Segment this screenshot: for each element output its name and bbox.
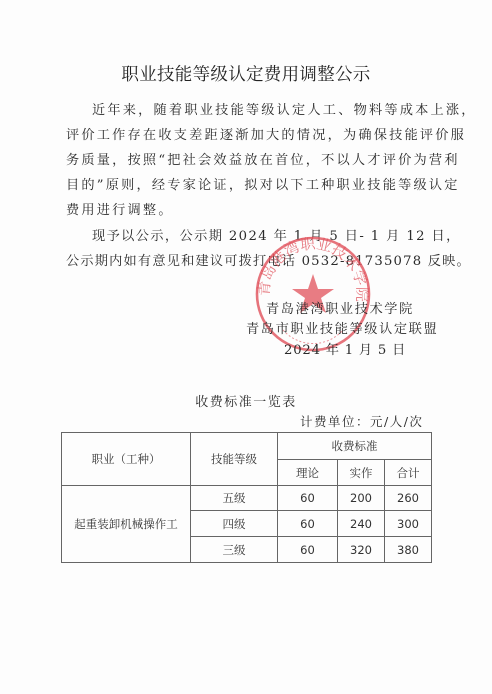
signature-date: 2024 年 1 月 5 日 <box>284 339 406 358</box>
paragraph-1-line-4: 目的”原则，经专家论证，拟对以下工种职业技能等级认定 <box>66 176 460 197</box>
table-row: 起重装卸机械操作工 五级 60 200 260 <box>62 486 432 511</box>
theory-cell: 60 <box>278 486 338 511</box>
header-occupation: 职业（工种） <box>62 433 191 486</box>
header-fee-standard: 收费标准 <box>278 433 432 460</box>
header-total: 合计 <box>385 460 432 486</box>
total-cell: 260 <box>385 486 432 511</box>
level-cell: 四级 <box>191 511 278 537</box>
paragraph-1-line-2: 评价工作存在收支差距逐渐加大的情况，为确保技能评价服 <box>66 126 466 147</box>
header-level: 技能等级 <box>191 433 278 486</box>
paragraph-1-line-5: 费用进行调整。 <box>66 201 174 222</box>
level-cell: 三级 <box>191 537 278 563</box>
total-cell: 300 <box>385 511 432 537</box>
paragraph-1-line-1: 近年来，随着职业技能等级认定人工、物料等成本上涨， <box>92 101 477 122</box>
document-title: 职业技能等级认定费用调整公示 <box>0 61 492 86</box>
signature-org-1: 青岛港湾职业技术学院 <box>266 298 414 317</box>
header-practice: 实作 <box>338 460 385 486</box>
fee-table-title: 收费标准一览表 <box>0 391 492 410</box>
paragraph-1-line-3: 务质量，按照“把社会效益放在首位，不以人才评价为营利 <box>66 151 460 172</box>
fee-unit: 计费单位：元/人/次 <box>300 412 423 430</box>
practice-cell: 320 <box>338 537 385 563</box>
total-cell: 380 <box>385 537 432 563</box>
header-theory: 理论 <box>278 460 338 486</box>
theory-cell: 60 <box>278 537 338 563</box>
level-cell: 五级 <box>191 486 278 511</box>
fee-table: 职业（工种） 技能等级 收费标准 理论 实作 合计 起重装卸机械操作工 五级 6… <box>61 432 432 563</box>
theory-cell: 60 <box>278 511 338 537</box>
occupation-cell: 起重装卸机械操作工 <box>62 486 191 563</box>
practice-cell: 240 <box>338 511 385 537</box>
signature-org-2: 青岛市职业技能等级认定联盟 <box>246 318 438 337</box>
practice-cell: 200 <box>338 486 385 511</box>
